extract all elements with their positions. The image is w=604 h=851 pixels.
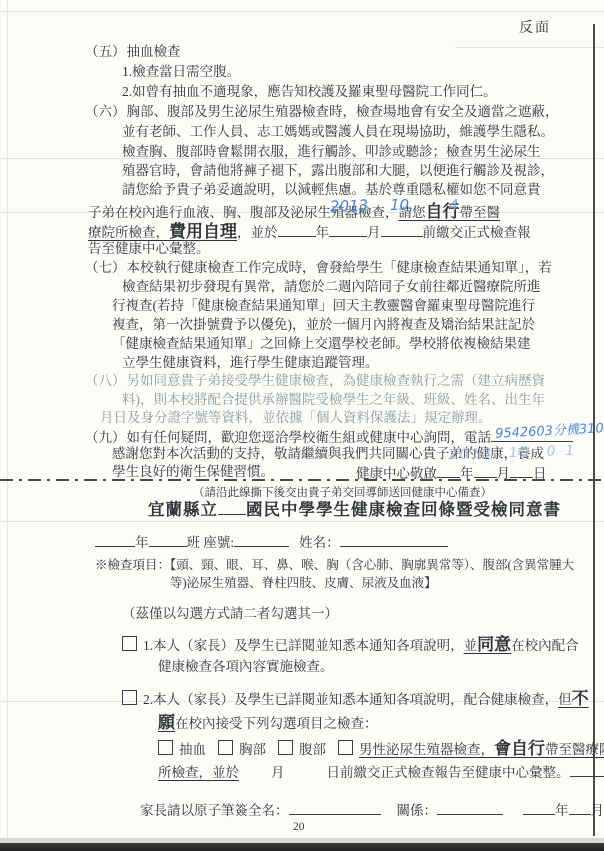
field-year-label: 年 xyxy=(135,535,149,550)
field-name-label: 姓名： xyxy=(299,535,340,550)
blank-report-month xyxy=(329,223,367,237)
handwritten-day: 4 xyxy=(449,196,459,214)
item-6-line-7: 療院所檢查，費用自理，並於年月前繳交正式檢查報 xyxy=(88,221,531,242)
handwritten-signoff-date: 2013. 10. 0 1 xyxy=(448,443,578,463)
signature-row: 家長請以原子筆簽全名：關係：年月日 xyxy=(140,801,604,820)
form-title: 宜蘭縣立國民中學學生健康檢查回條暨受檢同意書 xyxy=(148,498,561,521)
refuse-item-abdomen: 腹部 xyxy=(299,742,326,757)
item-7-line-4: 複查，第一次掛號費予以優免)，並於一個月內將複查及矯治結果註記於 xyxy=(112,317,535,334)
scan-artifact-line xyxy=(0,11,604,12)
refuse-items-row: 抽血胸部腹部男性泌尿生殖器檢查，會自行帶至醫療院 xyxy=(158,738,604,759)
item-7-label: （七） xyxy=(85,260,126,275)
checkbox-abdomen xyxy=(278,740,293,755)
signature-label: 家長請以原子筆簽全名： xyxy=(140,803,289,818)
item-6-line-6: 子弟在校內進行血液、胸、腹部及泌尿生殖器檢查，請您自行帶至醫 xyxy=(88,201,500,222)
refuse-item-blood: 抽血 xyxy=(179,742,206,757)
option-2-underlined: 但不 xyxy=(558,692,589,707)
option-2-emph-willing: 願 xyxy=(158,713,175,732)
handwritten-month: 10. xyxy=(390,196,414,214)
blank-school-name xyxy=(218,498,246,515)
item-6-line-7-text: ，並於 xyxy=(237,225,278,240)
option-2-emph-not: 不 xyxy=(572,689,589,708)
item-9-label: （九） xyxy=(85,430,126,445)
unit-month: 月 xyxy=(367,225,381,240)
blank-signoff-day xyxy=(510,464,533,478)
blank-report-year xyxy=(278,223,316,237)
refuse-deadline-u: 所檢查，並於 xyxy=(158,765,239,780)
scan-edge-left xyxy=(7,0,8,840)
choose-one-note: （茲僅以勾選方式請二者勾選其一） xyxy=(122,606,338,623)
page-side-label: 反面 xyxy=(519,20,551,38)
option-1-row: 1.本人（家長）及學生已詳閱並知悉本通知各項說明，並同意在校內配合 xyxy=(122,634,579,655)
blank-signature-name xyxy=(289,801,381,815)
blank-trailing xyxy=(570,763,604,777)
form-title-suffix: 國民中學學生健康檢查回條暨受檢同意書 xyxy=(246,500,561,519)
refuse-emph-self: 會自行 xyxy=(494,739,545,758)
option-2-line-2: 願在校內接受下列勾選項目之檢查： xyxy=(158,712,378,733)
item-5-label: （五） xyxy=(85,44,126,59)
refuse-item-chest: 胸部 xyxy=(239,742,266,757)
blank-grade xyxy=(95,533,135,547)
refuse-item-genital: 男性泌尿生殖器檢查， xyxy=(359,742,494,757)
item-6-line-7-tail: 前繳交正式檢查報 xyxy=(423,225,531,240)
page-number: 20 xyxy=(293,820,305,834)
field-class-seat-label: 班 座號: xyxy=(187,535,235,550)
item-6-line-7-emph: 費用自理 xyxy=(169,222,237,241)
blank-report-day xyxy=(381,223,423,237)
option-1-number: 1. xyxy=(143,638,153,653)
option-1-underlined: 並同意 xyxy=(464,638,512,653)
notice-item-6-heading: （六）胸部、腹部及男生泌尿生殖器檢查時，檢查場地會有安全及適當之遮蔽， xyxy=(85,104,559,121)
option-2-number: 2. xyxy=(143,692,153,707)
scan-artifact-line xyxy=(455,47,604,48)
tear-dash-line xyxy=(0,479,604,481)
item-6-line-1: 胸部、腹部及男生泌尿生殖器檢查時，檢查場地會有安全及適當之遮蔽， xyxy=(127,104,559,119)
refuse-genital-underlined: 男性泌尿生殖器檢查，會自行帶至醫療院 xyxy=(359,742,604,757)
unit-month: 月 xyxy=(591,803,604,818)
option-1-line-2: 健康檢查各項內容實施檢查。 xyxy=(158,659,334,676)
student-fields-row: 年班 座號:姓名： xyxy=(95,533,448,552)
blank-seat xyxy=(234,533,289,547)
exam-items-note-2: 等)泌尿生殖器、脊柱四肢、皮膚、尿液及血液】 xyxy=(170,576,437,592)
notice-item-5-heading: （五）抽血檢查 xyxy=(85,44,181,61)
blank-relation xyxy=(437,801,503,815)
notice-item-7-heading: （七）本校執行健康檢查工作完成時，會發給學生「健康檢查結果通知單」，若 xyxy=(85,260,552,277)
item-9-line-1: 如有任何疑問，歡迎您逕洽學校衛生組或健康中心詢問，電話 xyxy=(127,430,492,445)
option-1-emph-agree: 同意 xyxy=(477,635,511,654)
handwritten-phone: 9542603分機310 xyxy=(495,417,604,442)
refuse-deadline-tail: 日前繳交正式檢查報告至健康中心彙整。 xyxy=(327,765,570,780)
exam-items-note-1: ※檢查項目：【頭、頸、眼、耳、鼻、喉、胸（含心肺、胸廓異常等）、腹部(含異常腫大 xyxy=(95,558,574,574)
checkbox-genital xyxy=(338,740,353,755)
item-7-line-2: 檢查結果初步發現有異常，請您於二週內陪同子女前往鄰近醫療院所進 xyxy=(122,279,541,296)
unit-year: 年 xyxy=(316,225,330,240)
handwritten-year: 2013 xyxy=(330,196,369,215)
form-title-prefix: 宜蘭縣立 xyxy=(148,500,218,519)
item-7-line-5: 「健康檢查結果通知單」之回條上交還學校老師。學校將依複檢結果建 xyxy=(112,336,531,353)
blank-sign-month xyxy=(569,801,591,815)
item-6-line-6-u2: 帶至醫 xyxy=(460,205,501,220)
item-6-line-8: 告至健康中心彙整。 xyxy=(88,241,210,258)
item-8-line-1: 另如同意貴子弟接受學生健康檢查，為健康檢查執行之需（建立病歷資 xyxy=(127,373,546,388)
option-1-text: 本人（家長）及學生已詳閱並知悉本通知各項說明， xyxy=(153,638,464,653)
item-6-line-3: 檢查胸、腹部時會鬆開衣服，進行觸診、叩診或聽診；檢查男生泌尿生 xyxy=(122,144,541,161)
option-1-tail: 在校內配合 xyxy=(511,638,579,653)
item-6-line-4: 殖器官時，會請他將褲子褪下，露出腹部和大腿，以便進行觸診及視診， xyxy=(122,163,554,180)
checkbox-option-1 xyxy=(122,636,137,651)
item-7-line-1: 本校執行健康檢查工作完成時，會發給學生「健康檢查結果通知單」，若 xyxy=(127,260,552,275)
relation-label: 關係： xyxy=(397,803,438,818)
option-2-text: 本人（家長）及學生已詳閱並知悉本通知各項說明，配合健康檢查， xyxy=(153,692,558,707)
scan-artifact-line xyxy=(0,521,604,522)
item-8-line-3: 月日及身分證字號等資料，並依據「個人資料保護法」規定辦理。 xyxy=(100,410,492,427)
refuse-deadline-row: 所檢查，並於月日前繳交正式檢查報告至健康中心彙整。 xyxy=(158,763,604,782)
item-5-title: 抽血檢查 xyxy=(127,44,181,59)
scan-bottom-band xyxy=(0,843,604,851)
item-6-line-2: 並有老師、工作人員、志工媽媽或醫護人員在現場協助，維護學生隱私。 xyxy=(122,124,554,141)
option-2-u1: 但 xyxy=(558,692,572,707)
item-8-line-2: 料)，則本校將配合提供承辦醫院受檢學生之年級、班級、姓名、出生年 xyxy=(122,392,545,409)
checkbox-chest xyxy=(218,740,233,755)
blank-sign-year xyxy=(523,801,555,815)
scanned-form-page: 反面 （五）抽血檢查 1.檢查當日需空腹。 2.如曾有抽血不適現象，應告知校護及… xyxy=(0,0,604,851)
refuse-genital-tail: 帶至醫療院 xyxy=(545,742,604,757)
item-7-line-3: 行複查(若持「健康檢查結果通知單」回天主教靈醫會羅東聖母醫院進行 xyxy=(112,298,535,315)
item-5-line-1: 1.檢查當日需空腹。 xyxy=(122,64,240,81)
option-2-line-2-text: 在校內接受下列勾選項目之檢查： xyxy=(175,716,378,731)
checkbox-option-2 xyxy=(122,690,137,705)
item-6-line-5: 請您給予貴子弟妥適說明，以減輕焦慮。基於尊重隱私權如您不同意貴 xyxy=(122,182,541,199)
item-6-line-7-u1: 療院所檢查， xyxy=(88,225,169,240)
notice-item-8-heading: （八）另如同意貴子弟接受學生健康檢查，為健康檢查執行之需（建立病歷資 xyxy=(85,373,545,390)
blank-signoff-month xyxy=(474,464,497,478)
blank-class xyxy=(149,533,187,547)
item-7-line-6: 立學生健康資料，進行學生健康追蹤管理。 xyxy=(122,355,379,372)
item-6-label: （六） xyxy=(85,104,126,119)
checkbox-blood xyxy=(158,740,173,755)
option-2-row: 2.本人（家長）及學生已詳閱並知悉本通知各項說明，配合健康檢查，但不 xyxy=(122,688,589,709)
item-5-line-2: 2.如曾有抽血不適現象，應告知校護及羅東聖母醫院工作同仁。 xyxy=(122,84,497,101)
unit-year: 年 xyxy=(555,803,569,818)
item-8-label: （八） xyxy=(85,373,126,388)
blank-name xyxy=(340,533,448,547)
unit-month: 月 xyxy=(271,765,285,780)
blank-signoff-year xyxy=(437,464,460,478)
option-1-u1: 並 xyxy=(464,638,478,653)
